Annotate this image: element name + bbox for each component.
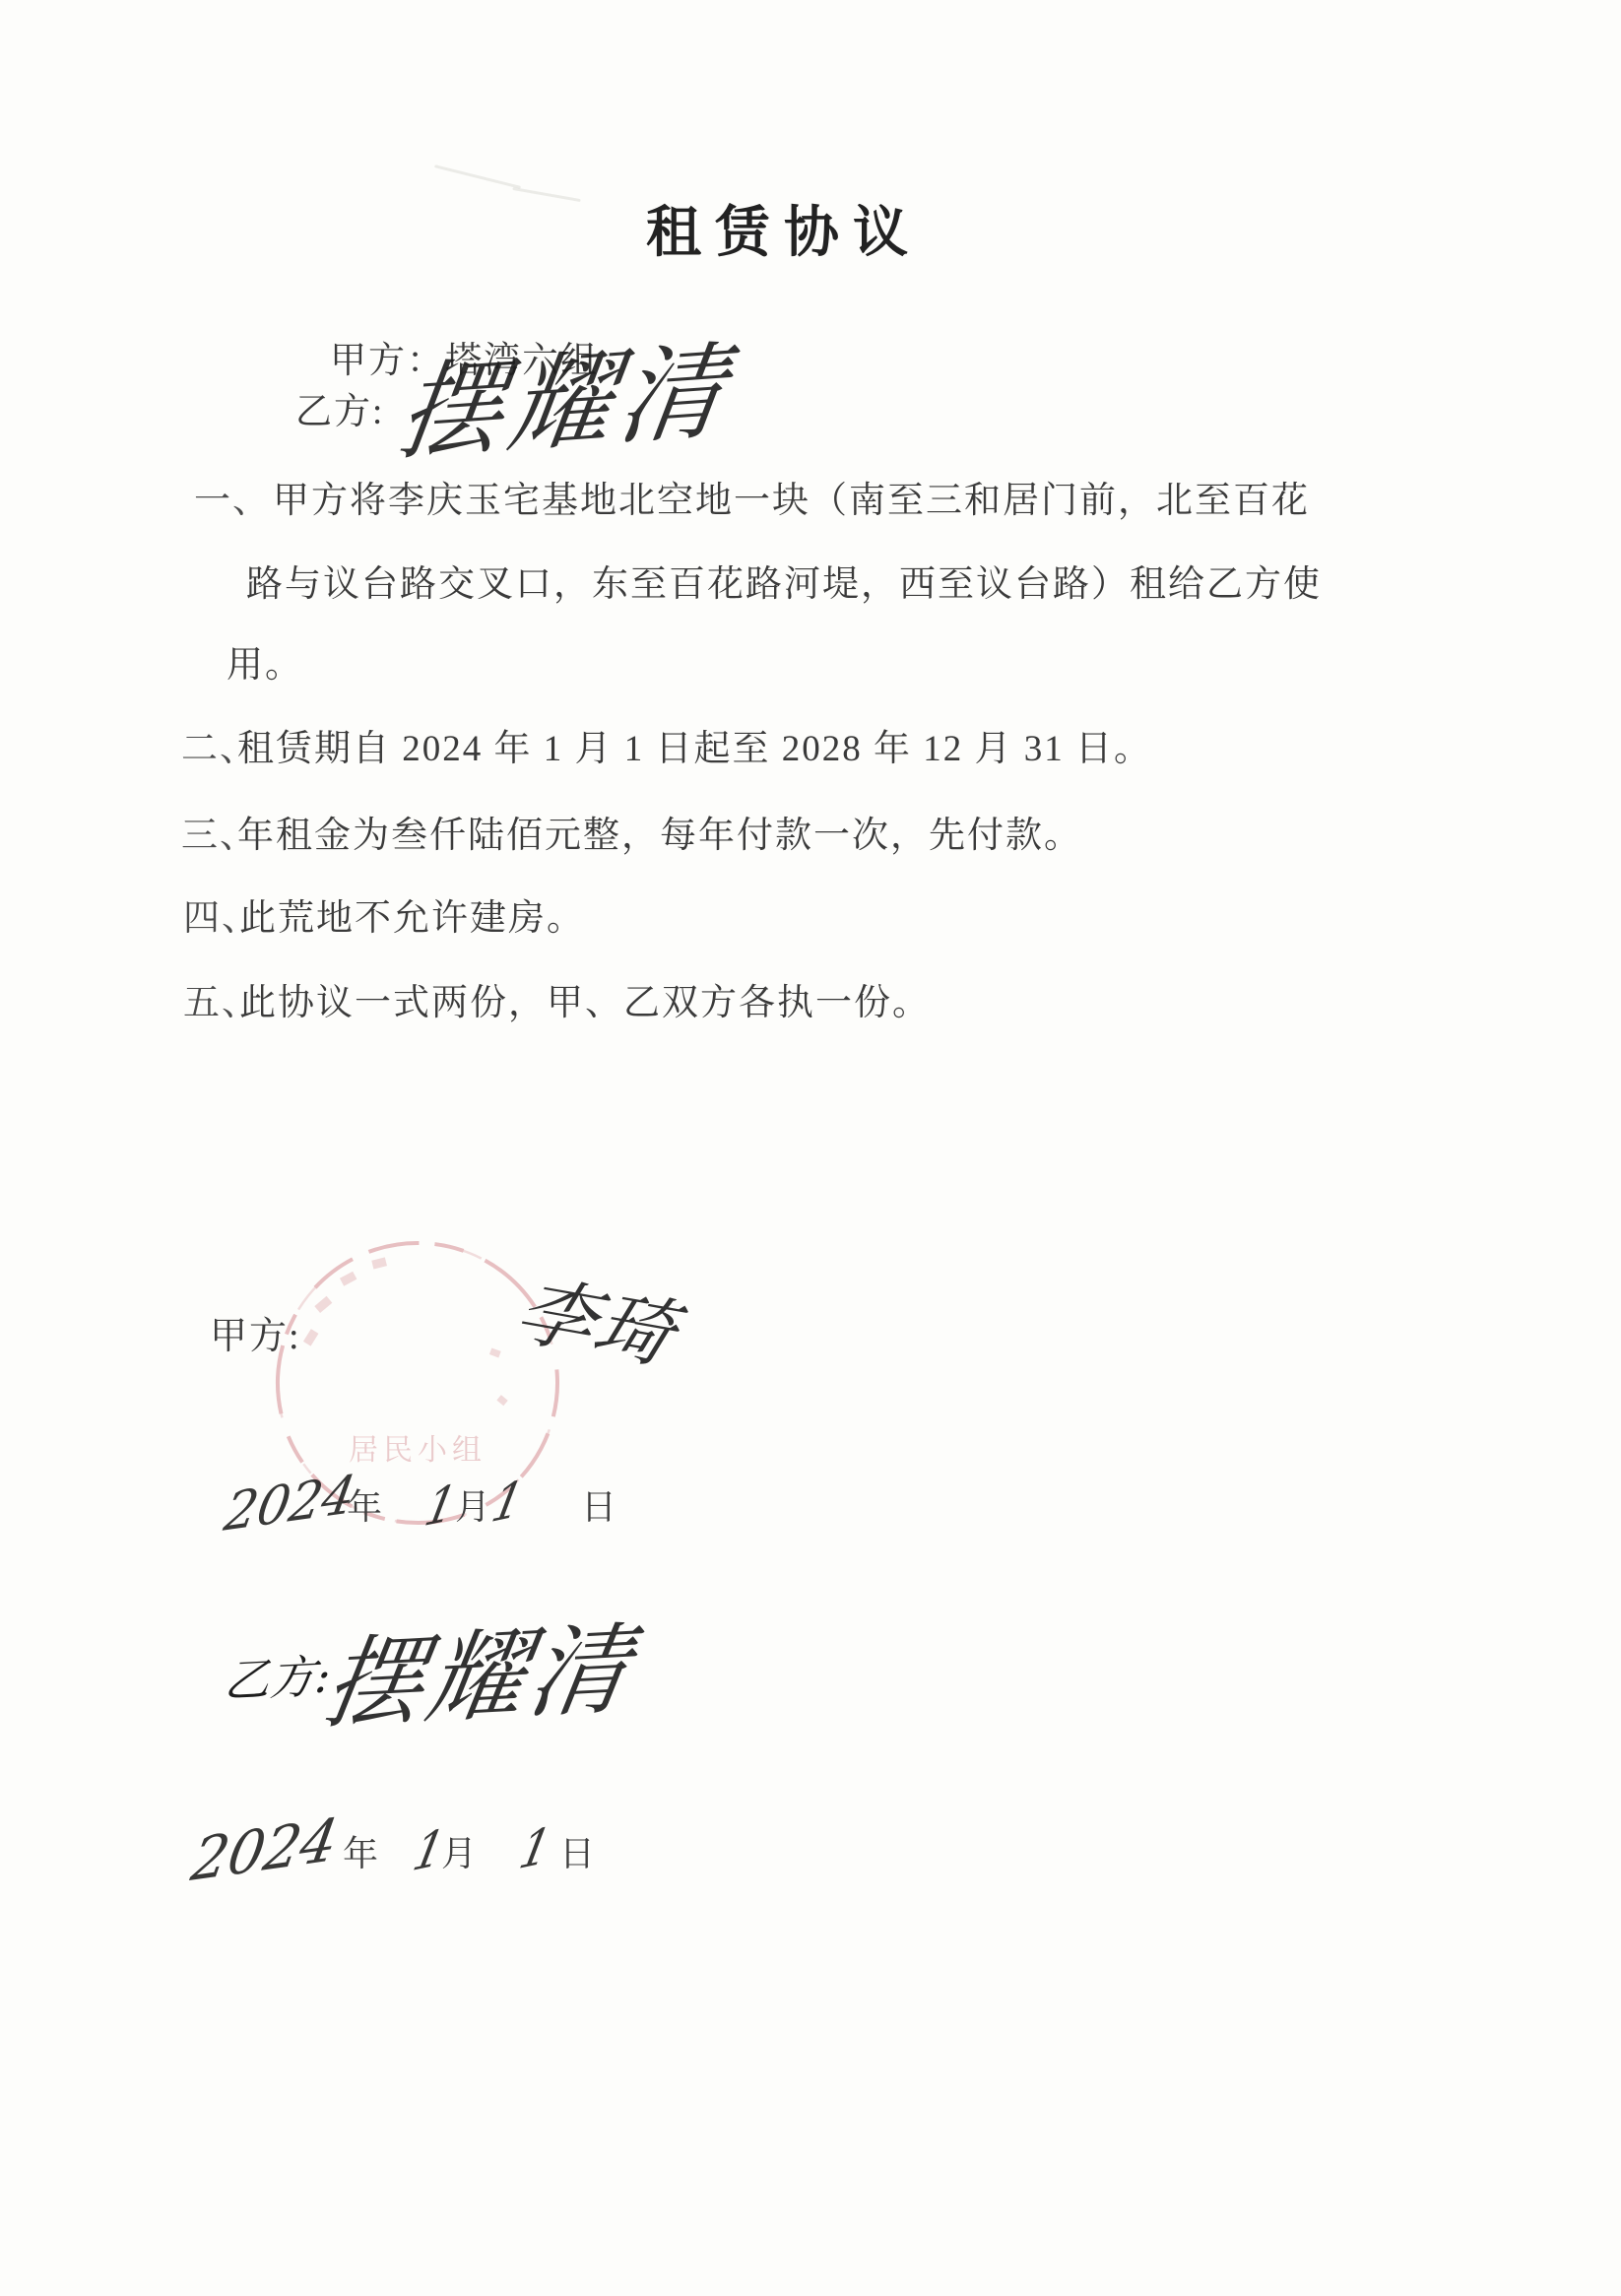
scan-artifact xyxy=(512,187,580,202)
signing-party-b-label: 乙方: xyxy=(223,1650,333,1708)
clause-5-text: 此协议一式两份，甲、乙双方各执一份。 xyxy=(239,983,931,1025)
clause-1-line-3: 用。 xyxy=(227,645,303,688)
clause-1-line-2: 路与议台路交叉口，东至百花路河堤，西至议台路）租给乙方使 xyxy=(246,564,1322,607)
date-b-month-unit: 月 xyxy=(441,1834,477,1874)
party-b-handwritten-signature: 摆耀清 xyxy=(391,331,739,476)
clause-1-number: 一、 xyxy=(194,481,271,523)
clause-1-line-1: 甲方将李庆玉宅基地北空地一块（南至三和居门前，北至百花 xyxy=(273,481,1310,523)
date-b-day-handwritten: 1 xyxy=(514,1817,555,1881)
party-b-label: 乙方: xyxy=(295,392,384,434)
page-title: 租赁协议 xyxy=(646,202,922,265)
signing-party-a-label: 甲方: xyxy=(210,1316,301,1359)
date-b-day-unit: 日 xyxy=(559,1834,595,1874)
seal-curved-marks xyxy=(303,1257,508,1406)
date-a-month-unit: 月 xyxy=(455,1487,490,1528)
clause-2-text: 租赁期自 2024 年 1 月 1 日起至 2028 年 12 月 31 日。 xyxy=(237,729,1152,771)
date-a-year-unit: 年 xyxy=(347,1487,382,1528)
scanned-rental-agreement-page: 租赁协议 甲方：塔湾六组 乙方: 摆耀清 一、 甲方将李庆玉宅基地北空地一块（南… xyxy=(0,0,1621,2296)
clause-3-text: 年租金为叁仟陆佰元整，每年付款一次，先付款。 xyxy=(237,816,1082,858)
party-b-handwritten-signature-bottom: 摆耀清 xyxy=(316,1611,641,1741)
scan-artifact xyxy=(434,164,521,189)
date-b-year-handwritten: 2024 xyxy=(187,1806,343,1895)
date-b-year-unit: 年 xyxy=(343,1834,378,1874)
seal-visible-text: 居民小组 xyxy=(349,1434,486,1467)
clause-4-text: 此荒地不允许建房。 xyxy=(239,898,585,941)
date-a-day-unit: 日 xyxy=(581,1487,616,1528)
